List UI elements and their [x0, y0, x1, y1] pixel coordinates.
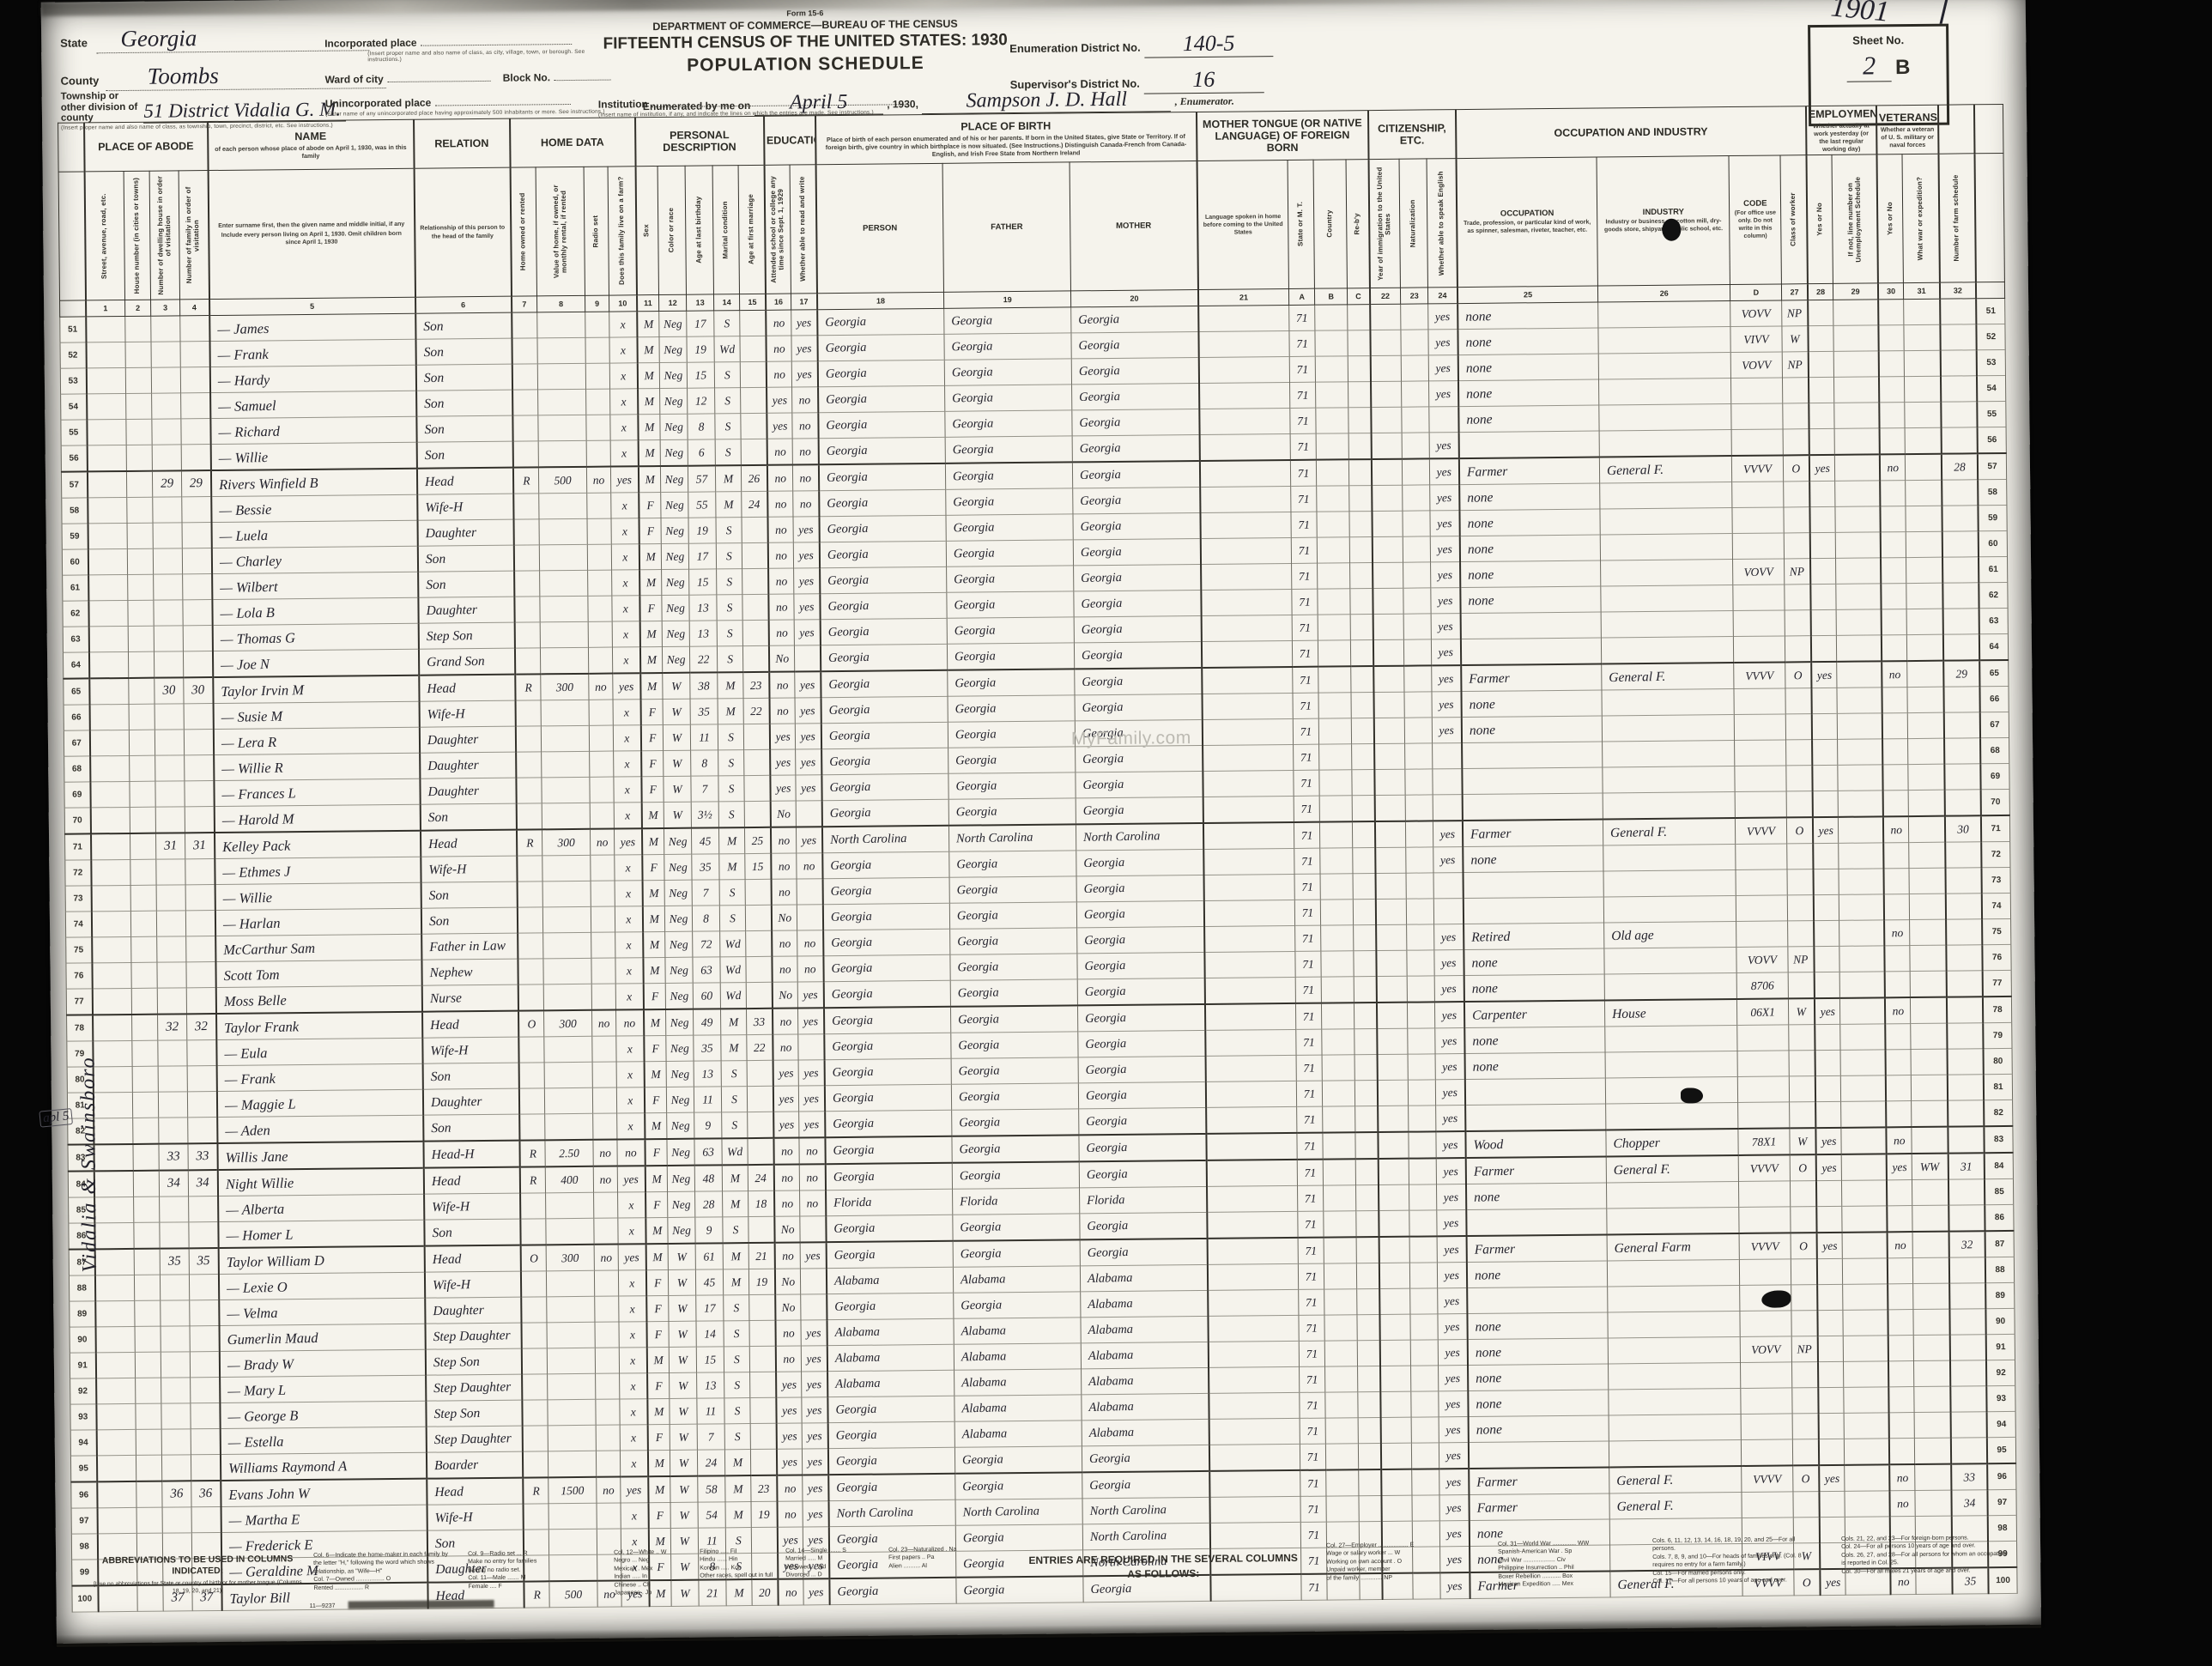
cell-english: yes — [1439, 1495, 1469, 1521]
cell-code_a: 71 — [1294, 900, 1320, 925]
cell-code_b — [1324, 1315, 1357, 1341]
cell-house — [133, 1144, 159, 1171]
cell-veteran — [1879, 377, 1905, 403]
cell-bp_father: Georgia — [946, 514, 1073, 541]
cell-sex: M — [643, 931, 665, 957]
cell-relation: Daughter — [418, 597, 514, 623]
cell-afm — [748, 1112, 773, 1138]
cell-code_d — [1736, 869, 1787, 896]
cell-code_b — [1326, 1444, 1359, 1470]
cell-afm — [741, 387, 767, 413]
cell-age: 13 — [694, 1061, 721, 1087]
cell-immigration — [1373, 639, 1404, 666]
cell-at_work — [1814, 946, 1839, 972]
cell-house — [125, 342, 151, 367]
cell-occupation: none — [1460, 586, 1601, 614]
cell-radio — [588, 621, 612, 647]
cell-ln_r: 73 — [1981, 867, 2010, 893]
cell-unemp — [1838, 713, 1882, 739]
cell-bp_mother: North Carolina — [1076, 823, 1203, 851]
cell-age: 15 — [696, 1347, 724, 1372]
cell-value — [548, 1529, 597, 1555]
cell-naturalization — [1406, 847, 1433, 873]
cell-unemp — [1840, 1050, 1885, 1075]
cell-language — [1206, 1081, 1297, 1107]
cell-name: Scott Tom — [215, 960, 421, 987]
cell-bp_father: Georgia — [944, 359, 1071, 385]
cell-school: no — [772, 956, 797, 982]
cell-code_d — [1738, 1102, 1790, 1129]
cell-at_work — [1817, 1284, 1843, 1310]
cell-relation: Son — [423, 1114, 519, 1142]
cell-immigration — [1378, 1159, 1409, 1185]
cell-race: W — [669, 1347, 696, 1372]
cell-owned — [515, 700, 541, 726]
cell-code_d — [1736, 895, 1788, 922]
cell-bp_father: Georgia — [952, 1109, 1079, 1136]
cell-class: W — [1782, 326, 1808, 352]
cell-bp_person: Georgia — [827, 1421, 954, 1448]
cell-language — [1204, 925, 1295, 952]
cell-afm: 19 — [748, 1269, 774, 1294]
cell-bp_person: Georgia — [825, 1136, 952, 1164]
cell-code_a: 71 — [1297, 1133, 1323, 1160]
cell-at_work: yes — [1813, 817, 1839, 844]
cell-marital: M — [722, 1165, 748, 1191]
cell-farm: yes — [613, 673, 640, 700]
cell-veteran — [1888, 1361, 1914, 1387]
cell-house — [126, 393, 152, 419]
cell-war — [1910, 894, 1946, 919]
cell-occupation: none — [1458, 379, 1599, 407]
cell-ln_r: 76 — [1982, 944, 2011, 970]
cell-farm: x — [620, 1425, 647, 1451]
cell-industry — [1604, 972, 1736, 1000]
cell-value — [547, 1322, 595, 1348]
cell-name: — Martha E — [221, 1505, 427, 1532]
cell-dwelling — [155, 704, 184, 730]
cell-age: 11 — [690, 724, 718, 750]
cell-bp_person: Georgia — [819, 489, 946, 516]
incorporated-label: Incorporated place — [324, 37, 417, 50]
cell-read_write: yes — [795, 671, 821, 698]
cell-owned — [521, 1348, 547, 1374]
cell-school: yes — [767, 387, 792, 413]
cell-sex: F — [641, 750, 664, 776]
cell-value — [540, 621, 588, 648]
cell-dwelling — [153, 548, 182, 574]
cell-bp_person: Georgia — [821, 722, 948, 748]
cell-industry — [1600, 534, 1732, 560]
cell-code_a: 71 — [1294, 848, 1320, 874]
cell-ln_r: 51 — [1976, 298, 2005, 324]
cell-read_write: yes — [803, 1501, 828, 1527]
cell-naturalization — [1403, 562, 1431, 588]
cell-radio — [585, 312, 609, 337]
cell-english: yes — [1434, 924, 1464, 950]
cell-code_a: 71 — [1291, 537, 1317, 563]
cell-owned — [514, 597, 540, 622]
cell-radio — [585, 337, 609, 363]
cell-language — [1198, 330, 1289, 357]
cell-value — [540, 647, 588, 674]
cell-owned — [513, 545, 539, 571]
cell-farm_sched — [1945, 842, 1981, 868]
cell-read_write: yes — [801, 1346, 827, 1372]
cell-war — [1915, 1438, 1951, 1464]
cell-english: yes — [1432, 665, 1461, 692]
cell-relation: Head — [423, 1167, 519, 1195]
column-number-code_d: D — [1730, 284, 1782, 301]
column-number-code_a: A — [1289, 288, 1315, 305]
cell-read_write — [801, 1294, 827, 1320]
column-number-family: 4 — [180, 300, 209, 316]
cell-farm: x — [614, 803, 641, 829]
cell-class — [1788, 921, 1814, 947]
cell-code_a: 71 — [1292, 563, 1318, 589]
cell-farm: x — [612, 570, 639, 596]
cell-farm: x — [609, 337, 637, 363]
cell-naturalization — [1407, 950, 1434, 976]
cell-dwelling — [157, 962, 186, 988]
cell-code_d — [1735, 740, 1786, 766]
cell-name: Taylor William D — [218, 1246, 424, 1275]
cell-family — [186, 962, 215, 988]
cell-naturalization — [1409, 1236, 1437, 1263]
cell-relation: Son — [418, 571, 514, 597]
cell-veteran — [1881, 558, 1906, 584]
cell-code_a: 71 — [1300, 1496, 1326, 1522]
cell-value — [542, 777, 590, 803]
cell-at_work: yes — [1816, 1233, 1842, 1259]
cell-name: Willis Jane — [217, 1142, 423, 1170]
cell-war — [1915, 1464, 1951, 1491]
cell-race: Neg — [665, 957, 693, 983]
cell-code_d — [1737, 1025, 1789, 1051]
cell-sex: M — [645, 1244, 668, 1270]
cell-english: yes — [1436, 1158, 1465, 1184]
cell-farm: x — [609, 312, 637, 337]
cell-race: Neg — [659, 311, 687, 336]
cell-ln_r: 66 — [1979, 686, 2009, 712]
cell-street — [96, 1378, 136, 1403]
cell-farm: x — [616, 1087, 644, 1113]
cell-farm: x — [612, 647, 639, 674]
cell-sex: F — [639, 596, 662, 621]
cell-dwelling — [153, 497, 182, 523]
cell-value: 1500 — [548, 1477, 597, 1504]
cell-immigration — [1378, 1080, 1409, 1106]
column-header-bp_person: PERSON — [815, 163, 943, 293]
cell-farm: x — [615, 855, 642, 881]
cell-occupation: Farmer — [1469, 1467, 1609, 1494]
cell-house — [132, 1092, 158, 1118]
cell-bp_mother: Georgia — [1077, 926, 1204, 953]
cell-english: yes — [1431, 614, 1460, 639]
cell-english: yes — [1428, 304, 1457, 330]
cell-race: W — [663, 724, 690, 750]
cell-radio — [589, 700, 613, 725]
cell-marital: S — [718, 776, 744, 802]
cell-war — [1910, 971, 1946, 997]
cell-war — [1905, 350, 1941, 376]
cell-marital: Wd — [720, 957, 746, 983]
cell-bp_mother: Georgia — [1072, 383, 1199, 409]
cell-code_b — [1324, 1263, 1357, 1289]
cell-farm: x — [619, 1348, 646, 1373]
cell-dwelling: 32 — [158, 1014, 187, 1040]
cell-unemp — [1839, 946, 1884, 972]
cell-bp_person: Alabama — [827, 1370, 954, 1396]
cell-at_work — [1818, 1361, 1844, 1387]
cell-name: — Frank — [216, 1063, 422, 1091]
cell-afm — [740, 336, 766, 361]
cell-bp_person: Georgia — [822, 877, 949, 904]
column-header-occupation: OCCUPATIONTrade, profession, or particul… — [1456, 157, 1597, 288]
cell-dwelling: 34 — [159, 1170, 188, 1196]
cell-value: 500 — [549, 1581, 597, 1608]
cell-radio — [585, 363, 609, 389]
cell-bp_father: Alabama — [954, 1318, 1081, 1344]
cell-school: no — [775, 1346, 801, 1372]
cell-unemp — [1836, 584, 1881, 609]
column-number-bp_person: 18 — [817, 292, 944, 309]
cell-dwelling — [152, 419, 181, 445]
cell-code_a: 71 — [1296, 1003, 1322, 1030]
cell-at_work: yes — [1815, 1154, 1841, 1181]
cell-industry — [1599, 404, 1731, 431]
cell-age: 11 — [697, 1398, 724, 1424]
cell-marital: M — [724, 1450, 750, 1476]
cell-marital: S — [717, 621, 742, 646]
cell-value — [548, 1399, 596, 1426]
cell-afm — [749, 1320, 775, 1346]
cell-value — [548, 1373, 596, 1400]
cell-bp_father: Georgia — [950, 928, 1077, 954]
cell-naturalization — [1402, 381, 1429, 407]
cell-radio: no — [592, 1010, 616, 1037]
cell-school: yes — [776, 1397, 802, 1423]
cell-race: Neg — [668, 1191, 695, 1217]
cell-code_b — [1324, 1211, 1356, 1238]
cell-house — [131, 936, 157, 962]
cell-bp_mother: Georgia — [1077, 978, 1204, 1005]
cell-farm_sched — [1946, 919, 1982, 945]
cell-ln_r: 95 — [1987, 1437, 2016, 1463]
cell-industry: Old age — [1604, 922, 1736, 948]
column-header-unemp: If not, line number on Unemployment Sche… — [1832, 154, 1877, 283]
cell-at_work — [1815, 1050, 1840, 1075]
cell-farm: x — [614, 777, 641, 803]
cell-age: 7 — [691, 776, 718, 802]
cell-bp_father: Georgia — [944, 307, 1071, 334]
cell-dwelling — [157, 936, 186, 962]
cell-language — [1198, 305, 1289, 331]
column-header-naturalization: Naturalization — [1399, 159, 1427, 288]
cell-naturalization — [1404, 639, 1432, 666]
cell-code_c — [1350, 615, 1373, 640]
cell-school: no — [768, 568, 794, 594]
cell-dwelling — [160, 1275, 189, 1300]
cell-at_work — [1816, 1206, 1842, 1233]
cell-language — [1207, 1185, 1298, 1212]
cell-owned — [518, 984, 543, 1011]
cell-bp_mother: Alabama — [1081, 1342, 1208, 1368]
cell-code_c — [1357, 1263, 1379, 1289]
column-number-veteran: 30 — [1878, 283, 1904, 300]
column-header-english: Whether able to speak English — [1427, 159, 1457, 288]
cell-farm_sched — [1951, 1438, 1987, 1464]
cell-code_b — [1324, 1289, 1357, 1315]
cell-owned — [516, 803, 542, 830]
cell-code_a: 71 — [1300, 1444, 1326, 1470]
cell-owned: R — [512, 467, 538, 494]
cell-value — [542, 803, 590, 829]
cell-code_a: 71 — [1299, 1315, 1324, 1341]
cell-relation: Head — [416, 468, 512, 495]
cell-bp_mother: North Carolina — [1082, 1523, 1209, 1549]
cell-farm_sched — [1945, 868, 1981, 894]
cell-code_d: VVVV — [1734, 662, 1785, 688]
cell-owned — [518, 1088, 544, 1114]
cell-unemp — [1842, 1232, 1887, 1258]
cell-age: 63 — [694, 1138, 722, 1165]
cell-value — [546, 1218, 594, 1245]
cell-afm — [750, 1397, 776, 1423]
cell-dwelling — [154, 574, 183, 600]
cell-marital: M — [718, 672, 743, 699]
footer-abbrev-block: Col. 23—Naturalized . NaFirst papers .. … — [888, 1546, 970, 1571]
cell-english: yes — [1438, 1340, 1467, 1366]
cell-unemp — [1833, 351, 1878, 377]
cell-school: no — [771, 827, 797, 854]
cell-marital: S — [724, 1372, 750, 1398]
bottom-scan-shadow — [57, 1616, 2041, 1647]
cell-sex: M — [638, 440, 660, 467]
cell-english: yes — [1429, 381, 1458, 407]
cell-relation: Nephew — [421, 959, 518, 985]
cell-read_write: no — [792, 387, 818, 413]
column-header-war: What war or expedition? — [1902, 154, 1939, 282]
cell-race: Neg — [667, 1112, 694, 1139]
cell-code_a: 71 — [1291, 486, 1317, 512]
cell-school: yes — [767, 413, 792, 439]
cell-code_c — [1354, 1055, 1377, 1081]
cell-relation: Step Son — [426, 1400, 522, 1427]
cell-unemp — [1841, 1127, 1886, 1154]
cell-language — [1207, 1238, 1298, 1265]
cell-relation: Step Son — [425, 1348, 521, 1375]
cell-street — [87, 445, 126, 471]
cell-code_b — [1318, 640, 1351, 667]
cell-class — [1790, 1076, 1815, 1102]
cell-code_d: VOVV — [1730, 300, 1782, 327]
cell-farm: x — [611, 518, 639, 544]
cell-owned — [512, 312, 537, 338]
cell-dwelling: 30 — [155, 677, 184, 704]
cell-street — [86, 367, 125, 393]
cell-code_c — [1352, 796, 1374, 822]
cell-code_b — [1318, 589, 1350, 615]
cell-read_write: yes — [796, 749, 821, 775]
cell-naturalization — [1411, 1417, 1439, 1443]
cell-age: 63 — [693, 957, 720, 983]
cell-read_write — [798, 1034, 824, 1060]
cell-code_d — [1735, 766, 1786, 792]
entries-title: ENTRIES ARE REQUIRED IN THE SEVERAL COLU… — [1026, 1551, 1300, 1583]
cell-immigration — [1380, 1366, 1411, 1391]
cell-ln_r: 54 — [1977, 375, 2006, 401]
cell-war — [1906, 506, 1942, 531]
cell-dwelling — [157, 988, 186, 1015]
county-label: County — [61, 74, 100, 87]
cell-dwelling — [154, 600, 183, 626]
cell-race: Neg — [664, 854, 692, 880]
cell-sex: M — [640, 646, 663, 673]
cell-house — [127, 523, 153, 548]
cell-afm — [746, 982, 772, 1009]
column-header-ln_l — [58, 172, 85, 300]
footer-entries-block: Cols. 6, 11, 12, 13, 14, 16, 18, 19, 20,… — [1652, 1536, 1821, 1585]
cell-bp_person: Georgia — [821, 799, 948, 827]
cell-veteran — [1881, 609, 1906, 635]
cell-naturalization — [1409, 1106, 1436, 1132]
cell-age: 17 — [696, 1295, 724, 1321]
cell-value — [546, 1270, 594, 1297]
cell-naturalization — [1401, 304, 1428, 330]
cell-ln_r: 80 — [1983, 1048, 2012, 1074]
cell-bp_mother: Alabama — [1082, 1393, 1209, 1420]
cell-marital: S — [715, 414, 741, 439]
cell-bp_mother: Georgia — [1071, 357, 1198, 384]
cell-code_d — [1731, 429, 1783, 456]
cell-school: no — [778, 1578, 803, 1605]
cell-veteran: yes — [1886, 1154, 1912, 1180]
cell-dwelling — [161, 1403, 191, 1429]
cell-english: yes — [1432, 718, 1461, 743]
cell-naturalization — [1406, 873, 1433, 899]
cell-sex: M — [642, 880, 664, 906]
cell-age: 3½ — [691, 802, 718, 828]
cell-read_write — [800, 1216, 826, 1243]
cell-race: Neg — [662, 621, 689, 646]
cell-code_a: 71 — [1300, 1522, 1326, 1548]
cell-code_a: 71 — [1295, 977, 1321, 1003]
cell-ln_l: 53 — [60, 368, 86, 394]
cell-language — [1203, 796, 1294, 823]
cell-owned: R — [523, 1477, 548, 1504]
cell-naturalization — [1408, 1054, 1435, 1080]
group-header-mt: MOTHER TONGUE (OR NATIVE LANGUAGE) OF FO… — [1197, 111, 1369, 161]
cell-immigration — [1379, 1237, 1409, 1263]
cell-family — [191, 1402, 220, 1428]
cell-bp_person: Georgia — [818, 437, 945, 464]
cell-naturalization — [1404, 665, 1432, 692]
cell-language — [1205, 1055, 1296, 1081]
cell-sex: F — [640, 724, 663, 750]
cell-farm_sched — [1946, 971, 1982, 997]
cell-code_b — [1318, 693, 1351, 718]
cell-dwelling — [152, 393, 181, 419]
cell-bp_father: Georgia — [946, 462, 1073, 489]
column-number-race: 12 — [659, 294, 687, 311]
cell-bp_mother: Georgia — [1073, 461, 1200, 488]
cell-at_work — [1808, 351, 1833, 377]
cell-name: — Willie — [210, 442, 416, 470]
cell-value — [541, 700, 589, 726]
cell-veteran: no — [1883, 816, 1909, 843]
cell-war — [1909, 842, 1945, 868]
